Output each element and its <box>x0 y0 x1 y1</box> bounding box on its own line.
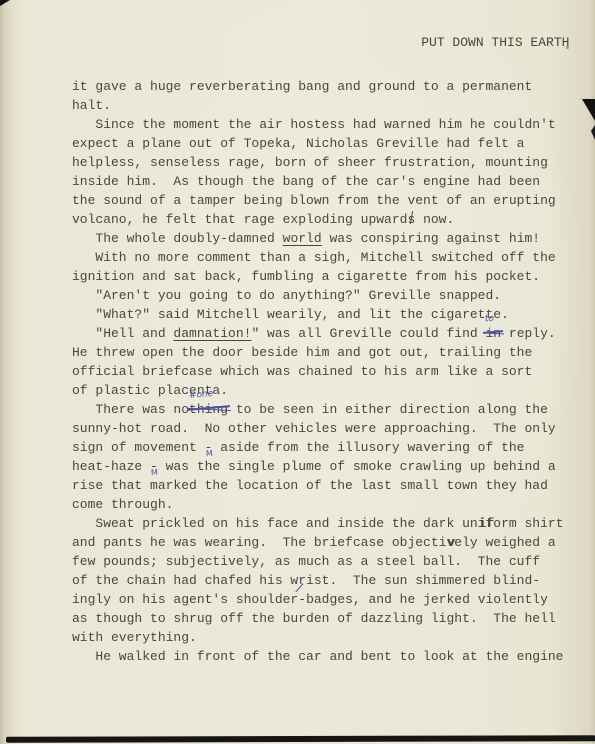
manuscript-page: PUT DOWN THIS EARTH3 it gave a huge reve… <box>0 0 595 744</box>
typed-line: sign of movement -M aside from the illus… <box>72 438 587 457</box>
typed-run: " was all Greville could find <box>251 326 485 341</box>
typed-run: and pants he was wearing. The briefcase … <box>72 535 446 550</box>
typed-run: inside him. As though the bang of the ca… <box>72 174 540 189</box>
typed-run: the sound of a tamper being blown from t… <box>72 193 556 208</box>
typed-run: come through. <box>72 497 173 512</box>
typed-line: sunny-hot road. No other vehicles were a… <box>72 419 587 438</box>
typed-line: as though to shrug off the burden of daz… <box>72 609 587 628</box>
typed-run: He threw open the door beside him and go… <box>72 345 532 360</box>
typed-line: expect a plane out of Topeka, Nicholas G… <box>72 134 587 153</box>
typed-run: ignition and sat back, fumbling a cigare… <box>72 269 540 284</box>
typed-line: of plastic placenta. <box>72 381 587 400</box>
typed-line: heat-haze -M was the single plume of smo… <box>72 457 587 476</box>
typed-run: it gave a huge reverberating bang and gr… <box>72 79 532 94</box>
typed-run: halt. <box>72 98 111 113</box>
typed-line: few pounds; subjectively, as much as a s… <box>72 552 587 571</box>
typed-run: "Aren't you going to do anything?" Grevi… <box>72 288 501 303</box>
typed-run: in <box>485 324 501 343</box>
typed-line: Since the moment the air hostess had war… <box>72 115 587 134</box>
typed-line: of the chain had chafed his wrist. The s… <box>72 571 587 590</box>
typed-run: thing <box>189 400 228 419</box>
typed-line: come through. <box>72 495 587 514</box>
typed-run: was conspiring against him! <box>322 231 540 246</box>
header-title: PUT DOWN THIS EARTH <box>421 35 569 50</box>
typed-run: of the chain had chafed his wrist. The s… <box>72 573 540 588</box>
typed-line: with everything. <box>72 628 587 647</box>
typed-line: "Aren't you going to do anything?" Grevi… <box>72 286 587 305</box>
typed-run: few pounds; subjectively, as much as a s… <box>72 554 540 569</box>
handwritten-correction: into <box>485 324 501 343</box>
typed-run: damnation! <box>173 326 251 341</box>
edge-mark-artifact <box>591 125 595 140</box>
handwritten-text: to <box>485 315 495 325</box>
typed-line: "Hell and damnation!" was all Greville c… <box>72 324 587 343</box>
typed-line: He walked in front of the car and bent t… <box>72 647 587 666</box>
typed-line: ignition and sat back, fumbling a cigare… <box>72 267 587 286</box>
typed-line: Sweat prickled on his face and inside th… <box>72 514 587 533</box>
typed-run: ingly on his agent's shoulder <box>72 592 298 607</box>
typed-run: "What?" said Mitchell wearily, and lit t… <box>72 307 509 322</box>
typed-line: helpless, senseless rage, born of sheer … <box>72 153 587 172</box>
typed-run: now. <box>415 212 454 227</box>
typed-run: With no more comment than a sigh, Mitche… <box>72 250 556 265</box>
typed-line: The whole doubly-damned world was conspi… <box>72 229 587 248</box>
typed-line: He threw open the door beside him and go… <box>72 343 587 362</box>
scan-corner-notch <box>0 0 10 6</box>
typed-line: inside him. As though the bang of the ca… <box>72 172 587 191</box>
typed-run: official briefcase which was chained to … <box>72 364 532 379</box>
typed-run: The whole doubly-damned <box>72 231 283 246</box>
typed-line: rise that marked the location of the las… <box>72 476 587 495</box>
typed-line: ingly on his agent's shoulder-/badges, a… <box>72 590 587 609</box>
typed-run: as though to shrug off the burden of daz… <box>72 611 556 626</box>
typed-line: the sound of a tamper being blown from t… <box>72 191 587 210</box>
handwritten-correction: thing#one <box>189 400 228 419</box>
running-header: PUT DOWN THIS EARTH3 <box>390 20 595 65</box>
typed-run: aside from the illusory wavering of the <box>212 440 524 455</box>
typed-line: it gave a huge reverberating bang and gr… <box>72 77 587 96</box>
typed-run: ely weighed a <box>454 535 555 550</box>
typed-run: badges, and he jerked violently <box>306 592 548 607</box>
typed-run: He walked in front of the car and bent t… <box>72 649 563 664</box>
typed-run: Since the moment the air hostess had war… <box>72 117 556 132</box>
typed-line: With no more comment than a sigh, Mitche… <box>72 248 587 267</box>
typed-run: sign of movement <box>72 440 205 455</box>
typed-run: heat-haze <box>72 459 150 474</box>
typed-run: reply. <box>501 326 556 341</box>
handwritten-correction: -/ <box>298 590 306 609</box>
typed-run: rise that marked the location of the las… <box>72 478 548 493</box>
typed-run: "Hell and <box>72 326 173 341</box>
typed-run: world <box>283 231 322 246</box>
handwritten-text: M <box>151 469 158 477</box>
typed-run: There was no <box>72 402 189 417</box>
handwritten-text: M <box>205 450 212 458</box>
typed-run: s <box>407 210 415 229</box>
typed-run: to be seen in either direction along the <box>228 402 548 417</box>
typed-line: and pants he was wearing. The briefcase … <box>72 533 587 552</box>
typed-line: volcano, he felt that rage exploding upw… <box>72 210 587 229</box>
typed-line: halt. <box>72 96 587 115</box>
handwritten-correction: -M <box>205 438 213 457</box>
typed-run: with everything. <box>72 630 197 645</box>
typed-run: helpless, senseless rage, born of sheer … <box>72 155 548 170</box>
typed-line: There was nothing#one to be seen in eith… <box>72 400 587 419</box>
manuscript-body: it gave a huge reverberating bang and gr… <box>72 77 587 666</box>
ink-speck <box>566 46 569 49</box>
scan-bottom-band <box>6 735 595 743</box>
handwritten-correction: -M <box>150 457 158 476</box>
typed-run: volcano, he felt that rage exploding upw… <box>72 212 407 227</box>
typed-line: "What?" said Mitchell wearily, and lit t… <box>72 305 587 324</box>
typed-run: Sweat prickled on his face and inside th… <box>72 516 478 531</box>
typed-run: if <box>478 516 494 531</box>
typed-run: expect a plane out of Topeka, Nicholas G… <box>72 136 524 151</box>
typed-run: was the single plume of smoke crawling u… <box>158 459 556 474</box>
typed-run: sunny-hot road. No other vehicles were a… <box>72 421 556 436</box>
typed-line: official briefcase which was chained to … <box>72 362 587 381</box>
typed-run: orm shirt <box>493 516 563 531</box>
